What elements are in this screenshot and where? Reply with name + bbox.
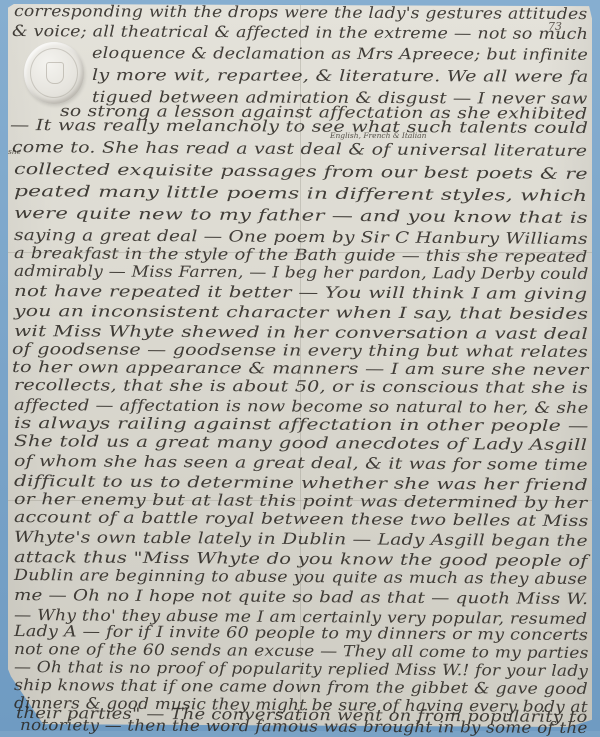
text-line: eloquence & declamation as Mrs Apreece; … — [92, 44, 588, 64]
text-line: She told us a great many good anecdotes … — [14, 432, 587, 454]
text-line: not have repeated it better — You will t… — [14, 282, 587, 303]
text-line: you an inconsistent character when I say… — [14, 302, 588, 323]
text-line: of whom she has seen a great deal, & it … — [14, 452, 588, 474]
text-line: admirably — Miss Farren, — I beg her par… — [14, 262, 589, 283]
text-line: — It was really melancholy to see what s… — [10, 116, 588, 137]
text-line: corresponding with the drops were the la… — [14, 2, 588, 23]
text-line: ly more wit, repartee, & literature. We … — [92, 66, 589, 86]
text-line: me — Oh no I hope not quite so bad as th… — [14, 586, 588, 608]
text-line: notoriety — then the word famous was bro… — [20, 716, 588, 731]
text-line: & voice; all theatrical & affected in th… — [12, 22, 588, 43]
handwritten-text: 73 English, French & Italian she corresp… — [0, 0, 600, 731]
text-line: Whyte's own table lately in Dublin — Lad… — [14, 528, 588, 550]
text-line: account of a battle royal between these … — [14, 508, 589, 530]
text-line: collected exquisite passages from our be… — [14, 160, 588, 183]
text-line: were quite new to my father — and you kn… — [14, 204, 588, 227]
text-line: Dublin are beginning to abuse you quite … — [14, 566, 588, 588]
text-line-part: & voice; all theatrical & affected in th… — [12, 22, 588, 43]
text-line: come to. She has read a vast deal & of u… — [12, 138, 587, 160]
text-line: peated many little poems in different st… — [14, 182, 588, 205]
text-line: recollects, that she is about 50, or is … — [14, 376, 588, 397]
